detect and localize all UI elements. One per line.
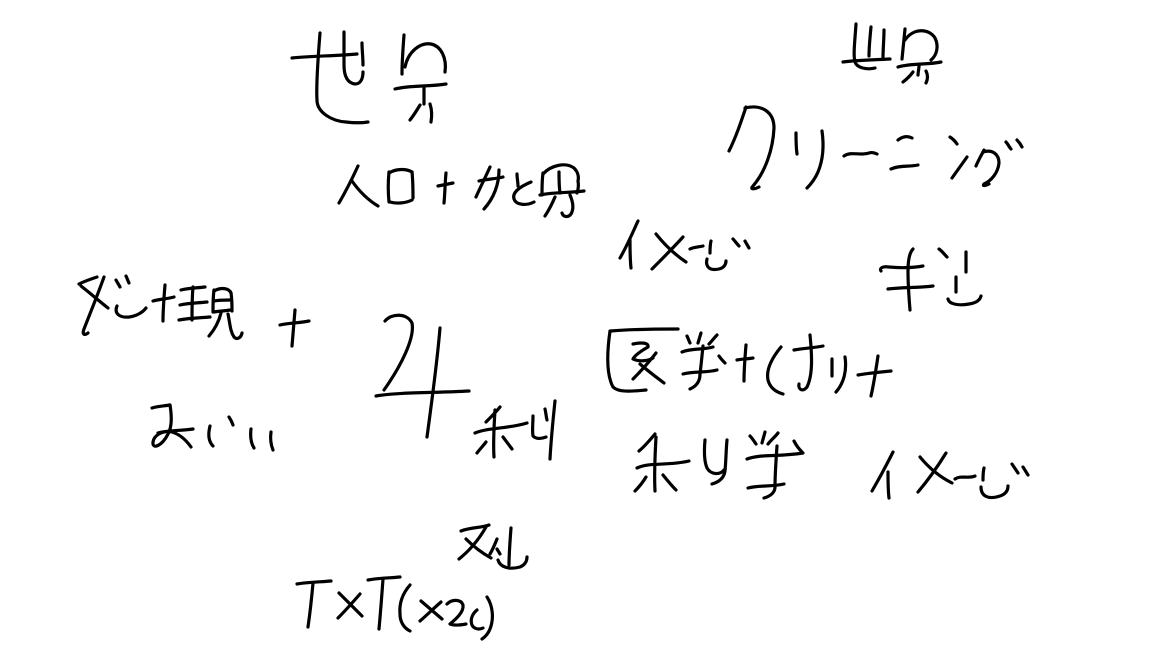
- handwriting-stroke: [704, 440, 724, 474]
- handwriting-stroke: [444, 173, 446, 203]
- handwriting-stroke: [952, 157, 967, 178]
- handwriting-stroke: [405, 44, 445, 72]
- handwriting-stroke: [640, 364, 664, 383]
- handwriting-stroke: [891, 165, 918, 169]
- handwriting-stroke: [214, 300, 230, 301]
- handwriting-stroke: [729, 107, 746, 151]
- handwriting-stroke: [898, 137, 912, 140]
- handwriting-stroke: [744, 345, 746, 381]
- handwriting-stroke: [517, 174, 518, 186]
- word-sekai-large: [292, 32, 446, 123]
- handwriting-stroke: [762, 432, 765, 443]
- handwriting-stroke: [903, 72, 913, 82]
- handwriting-stroke: [663, 475, 676, 490]
- handwriting-stroke: [955, 476, 975, 479]
- word-cleaning: [729, 107, 1022, 189]
- handwriting-stroke: [153, 405, 191, 447]
- handwriting-stroke: [509, 528, 511, 565]
- handwriting-stroke: [950, 137, 957, 144]
- handwriting-stroke: [116, 306, 146, 317]
- handwriting-stroke: [794, 346, 823, 350]
- handwriting-stroke: [271, 432, 273, 450]
- handwriting-stroke: [1012, 464, 1018, 473]
- handwriting-stroke: [709, 335, 717, 344]
- handwriting-stroke: [400, 585, 410, 631]
- word-image-2: [872, 452, 1028, 498]
- handwriting-stroke: [214, 289, 231, 293]
- handwriting-stroke: [545, 409, 547, 420]
- handwriting-stroke: [768, 433, 778, 444]
- handwriting-stroke: [352, 181, 378, 206]
- handwriting-stroke: [981, 486, 1008, 498]
- handwriting-stroke: [905, 31, 937, 60]
- word-txt-x2c: [297, 577, 492, 639]
- handwriting-stroke: [447, 600, 466, 625]
- handwriting-stroke: [427, 328, 440, 437]
- handwriting-stroke: [745, 107, 774, 189]
- handwriting-stroke: [545, 197, 555, 216]
- handwriting-stroke: [888, 286, 933, 289]
- handwriting-stroke: [733, 239, 739, 246]
- handwriting-stroke: [796, 133, 797, 154]
- handwriting-stroke: [338, 594, 360, 618]
- handwriting-stroke: [682, 347, 713, 352]
- handwriting-stroke: [764, 487, 775, 498]
- handwriting-stroke: [83, 277, 104, 334]
- word-kako-gen: [79, 276, 309, 346]
- drawing-canvas[interactable]: [0, 0, 1152, 648]
- handwriting-stroke: [430, 104, 432, 122]
- word-igaku-kusuri: [608, 329, 891, 396]
- handwriting-stroke: [888, 472, 889, 498]
- handwriting-stroke: [1006, 142, 1011, 149]
- handwriting-stroke: [775, 446, 777, 487]
- handwriting-stroke: [637, 461, 689, 468]
- word-jinko-onna-otoko: [339, 165, 584, 217]
- handwriting-stroke: [497, 549, 500, 554]
- handwriting-stroke: [533, 416, 546, 438]
- handwriting-stroke: [344, 32, 363, 84]
- handwriting-stroke: [308, 583, 313, 627]
- handwriting-stroke: [490, 539, 497, 554]
- handwriting-stroke: [494, 410, 495, 457]
- handwriting-stroke: [292, 310, 295, 346]
- handwriting-stroke: [836, 357, 846, 392]
- word-kiji: [880, 249, 981, 310]
- handwriting-stroke: [402, 35, 404, 74]
- word-yon-ka: [376, 315, 555, 459]
- handwriting-stroke: [707, 259, 726, 270]
- handwriting-stroke: [750, 436, 756, 444]
- handwriting-stroke: [209, 426, 213, 446]
- handwriting-stroke: [872, 452, 893, 491]
- handwriting-stroke: [871, 356, 878, 396]
- handwriting-stroke: [611, 329, 678, 331]
- word-bunka: [459, 525, 527, 568]
- handwriting-stroke: [228, 314, 242, 338]
- handwriting-stroke: [687, 336, 690, 343]
- handwriting-stroke: [362, 43, 363, 65]
- handwriting-stroke: [542, 173, 543, 195]
- handwriting-stroke: [902, 29, 905, 59]
- handwriting-stroke: [231, 293, 232, 311]
- handwriting-stroke: [652, 237, 683, 269]
- handwriting-stroke: [712, 440, 727, 484]
- handwriting-stroke: [471, 610, 483, 629]
- handwriting-stroke: [635, 477, 646, 491]
- handwriting-stroke: [410, 105, 420, 120]
- handwriting-stroke: [883, 30, 884, 58]
- handwriting-stroke: [768, 347, 783, 394]
- handwriting-stroke: [192, 287, 193, 320]
- handwriting-stroke: [126, 276, 129, 283]
- handwriting-stroke: [482, 597, 492, 639]
- handwriting-stroke: [559, 172, 560, 193]
- handwriting-stroke: [1017, 140, 1022, 147]
- handwriting-stroke: [690, 246, 703, 249]
- handwriting-stroke: [477, 442, 486, 453]
- handwriting-stroke: [719, 356, 725, 363]
- handwriting-stroke: [1023, 467, 1028, 475]
- handwriting-stroke: [292, 54, 357, 58]
- handwriting-stroke: [690, 374, 700, 389]
- handwriting-stroke: [390, 200, 412, 203]
- handwriting-stroke: [710, 241, 711, 253]
- handwriting-stroke: [395, 84, 446, 89]
- handwriting-stroke: [745, 241, 749, 248]
- handwriting-stroke: [384, 315, 412, 390]
- handwriting-stroke: [214, 310, 230, 312]
- handwriting-stroke: [376, 391, 469, 396]
- word-kagaku: [635, 432, 803, 498]
- handwriting-stroke: [79, 277, 97, 284]
- handwriting-stroke: [698, 333, 701, 343]
- handwriting-stroke: [748, 484, 784, 488]
- sketch-page: [0, 0, 1152, 648]
- handwriting-stroke: [498, 557, 527, 568]
- handwriting-stroke: [926, 71, 928, 83]
- handwriting-stroke: [880, 266, 923, 271]
- handwriting-stroke: [229, 417, 233, 425]
- handwriting-stroke: [503, 437, 512, 449]
- handwriting-stroke: [163, 285, 165, 321]
- handwriting-stroke: [983, 151, 999, 185]
- handwriting-stroke: [799, 335, 812, 390]
- handwriting-stroke: [389, 170, 412, 174]
- handwriting-stroke: [918, 66, 919, 75]
- handwriting-stroke: [179, 317, 210, 320]
- handwriting-stroke: [475, 423, 527, 433]
- handwriting-stroke: [379, 579, 383, 629]
- handwriting-stroke: [388, 172, 389, 202]
- handwriting-stroke: [844, 153, 877, 156]
- handwriting-stroke: [152, 405, 170, 408]
- handwriting-stroke: [630, 240, 631, 268]
- handwriting-stroke: [948, 296, 981, 305]
- handwriting-stroke: [317, 33, 368, 123]
- handwriting-stroke: [562, 195, 573, 217]
- handwriting-stroke: [869, 27, 871, 56]
- handwriting-stroke: [639, 434, 655, 451]
- word-mirai: [152, 405, 273, 450]
- handwriting-stroke: [412, 172, 413, 198]
- handwriting-stroke: [116, 280, 120, 287]
- handwriting-stroke: [550, 401, 555, 459]
- handwriting-stroke: [983, 468, 984, 480]
- handwriting-stroke: [794, 441, 802, 452]
- handwriting-stroke: [908, 249, 913, 310]
- word-image-1: [620, 221, 749, 270]
- handwriting-stroke: [807, 131, 823, 188]
- word-sekai-small: [843, 24, 941, 83]
- handwriting-stroke: [251, 429, 254, 448]
- handwriting-stroke: [939, 249, 947, 257]
